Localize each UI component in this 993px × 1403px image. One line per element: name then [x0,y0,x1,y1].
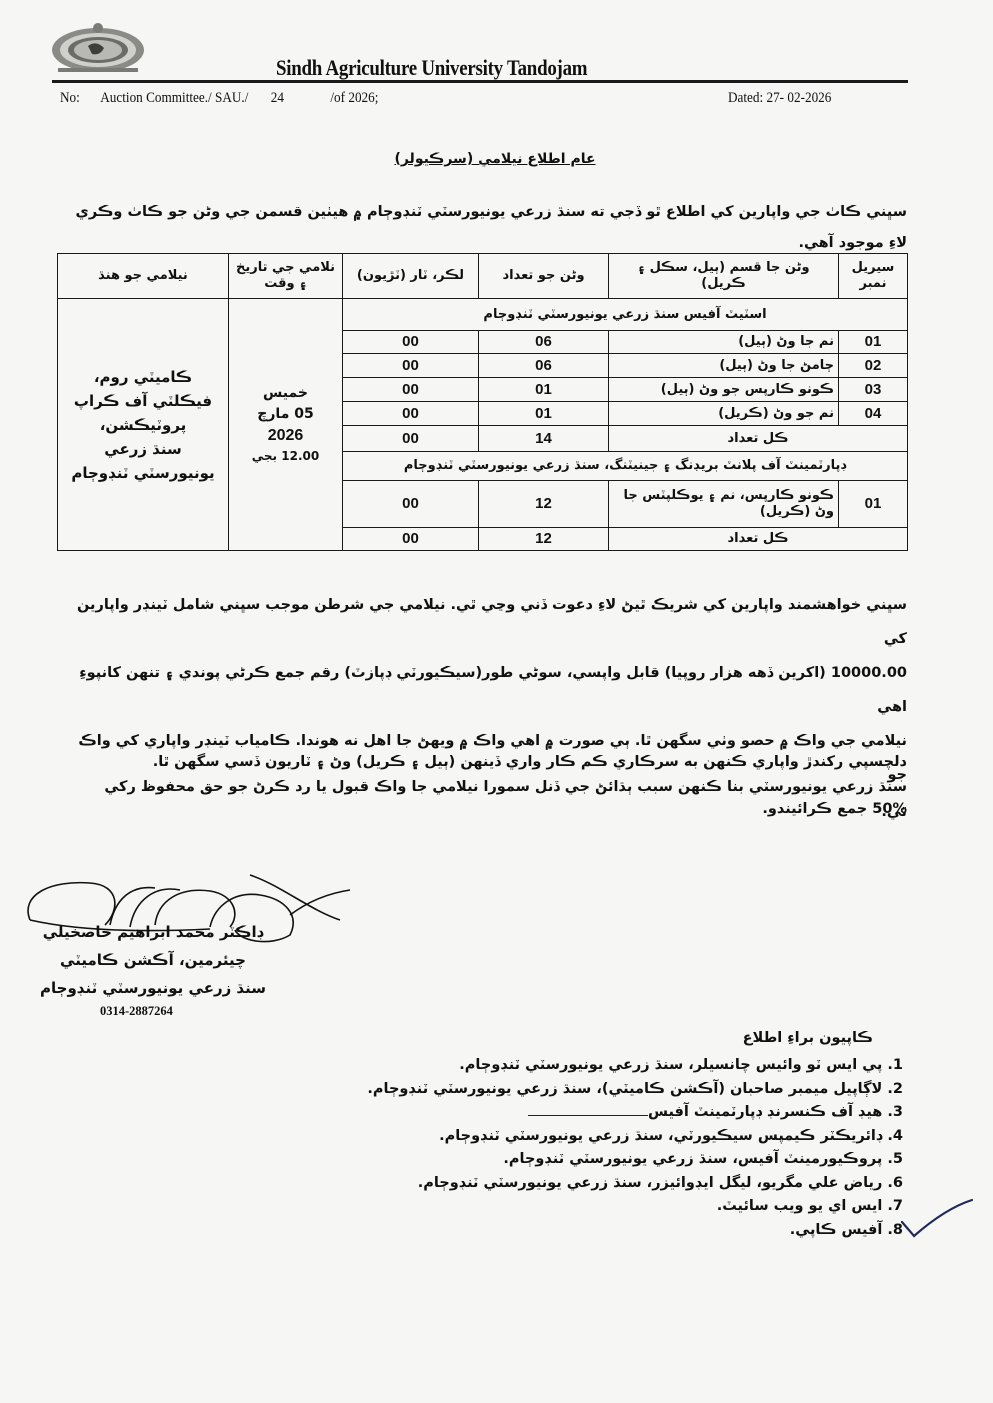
header-serial: سيريل نمبر [839,254,908,299]
signatory-institution: سنڌ زرعي يونيورسٽي ٽنڊوڄام [28,974,278,1002]
list-item: 2. لاڳاپيل ميمبر صاحبان (آڪشن ڪاميٽي)، س… [303,1078,903,1102]
section-title: اسٽيٽ آفيس سنڌ زرعي يونيورسٽي ٽنڊوڄام [343,299,908,331]
auction-table: نيلامي جو هنڌ نلامي جي تاريخ ۽ وقت لڪر، … [57,253,908,551]
blank-line [528,1101,648,1116]
copies-list: 1. پي ايس ٽو وائيس چانسيلر، سنڌ زرعي يون… [303,1054,903,1242]
university-seal-icon [48,20,148,75]
signatory-block: ڊاڪٽر محمد ابراهيم خاصخيلي چيئرمين، آڪشن… [28,918,278,1002]
checkmark-icon [900,1192,975,1242]
header-date-time: نلامي جي تاريخ ۽ وقت [229,254,343,299]
section-title: ڊپارٽمينٽ آف پلانٽ بريڊنگ ۽ جينيٽنگ، سنڌ… [343,452,908,481]
list-item: 3. هيڊ آف ڪنسرنڊ ڊپارٽمينٽ آفيس [303,1101,903,1125]
dated-value: 27- 02-2026 [766,90,831,106]
reference-number-value: 24 [271,90,327,107]
list-item: 5. پروڪيورمينٽ آفيس، سنڌ زرعي يونيورسٽي … [303,1148,903,1172]
dated: Dated: 27- 02-2026 [728,90,831,107]
header-logs: لڪر، ٽار (ٽڙيون) [343,254,479,299]
list-item: 7. ايس اي يو ويب سائيٽ. [303,1195,903,1219]
header-rule [52,80,908,83]
header-tree-type: وڻن جا قسم (ٻيل، سڪل ۽ ڪريل) [609,254,839,299]
header-venue: نيلامي جو هنڌ [58,254,229,299]
table-header-row: نيلامي جو هنڌ نلامي جي تاريخ ۽ وقت لڪر، … [58,254,908,299]
notice-title: عام اطلاع نيلامي (سرڪيولر) [350,151,640,167]
section-row: ڪاميٽي روم، فيڪلٽي آف ڪراپ پروٽيڪشن، سنڌ… [58,299,908,331]
venue-cell: ڪاميٽي روم، فيڪلٽي آف ڪراپ پروٽيڪشن، سنڌ… [58,299,229,551]
copies-title: ڪاپيون براءِ اطلاع [743,1030,873,1046]
list-item: 6. رياض علي مگريو، ليگل ايڊوائيزر، سنڌ ز… [303,1172,903,1196]
list-item: 1. پي ايس ٽو وائيس چانسيلر، سنڌ زرعي يون… [303,1054,903,1078]
header-tree-count: وڻن جو تعداد [479,254,609,299]
signatory-name: ڊاڪٽر محمد ابراهيم خاصخيلي [28,918,278,946]
signatory-phone: 0314-2887264 [100,1004,173,1019]
university-name: Sindh Agriculture University Tandojam [276,55,587,81]
date-time-cell: خميس 05 مارچ 2026 12.00 بجي [229,299,343,551]
dated-label: Dated: [728,90,763,106]
inspection-paragraph: دلچسپي رکندڙ واپاري ڪنهن به سرڪاري ڪم ڪا… [77,750,907,825]
reference-year: /of 2026; [330,90,378,107]
reference-label: No: [60,90,97,107]
list-item: 8. آفيس ڪاپي. [303,1219,903,1243]
list-item: 4. ڊائريڪٽر ڪيمپس سيڪيورٽي، سنڌ زرعي يون… [303,1125,903,1149]
intro-paragraph: سڀني ڪاٺ جي واپارين کي اطلاع ٿو ڏجي ته س… [67,197,907,259]
signatory-designation: چيئرمين، آڪشن ڪاميٽي [28,946,278,974]
reference-committee: Auction Committee./ SAU./ [100,90,267,107]
reference-number: No: Auction Committee./ SAU./ 24 /of 202… [60,90,378,107]
